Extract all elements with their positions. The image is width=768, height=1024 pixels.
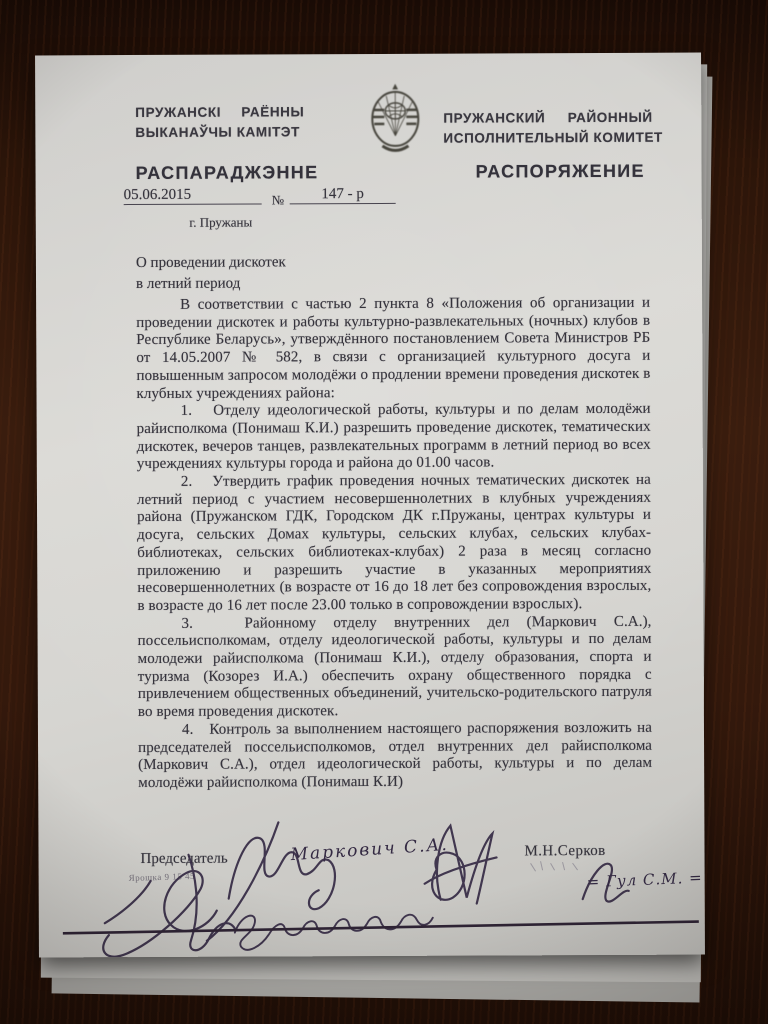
signer-name: М.Н.Серков: [524, 843, 605, 860]
number-field: 147 - р: [290, 186, 396, 204]
org-name-line: ВЫКАНАЎЧЫ КАМІТЭТ: [135, 122, 367, 143]
doc-type-russian: РАСПОРЯЖЕНИЕ: [476, 161, 645, 183]
signature-block: Председатель Ярошка 9 15 45 М.Н.Серков М…: [38, 813, 705, 958]
place-line: г. Пружаны: [146, 214, 296, 231]
org-name-belarusian: ПРУЖАНСКІ РАЁННЫ ВЫКАНАЎЧЫ КАМІТЭТ: [135, 102, 367, 143]
paragraph: 4. Контроль за выполнением настоящего ра…: [138, 720, 652, 793]
paragraph: В соответствии с частью 2 пункта 8 «Поло…: [136, 295, 650, 403]
number-sign: №: [272, 192, 284, 208]
subject-line: О проведении дискотек: [136, 252, 286, 274]
ink-rule-line: [63, 922, 699, 934]
photo-background: ПРУЖАНСКІ РАЁННЫ ВЫКАНАЎЧЫ КАМІТЭТ ПРУЖА…: [0, 0, 768, 1024]
state-emblem-icon: [362, 80, 428, 160]
paragraph: 1. Отделу идеологической работы, культур…: [137, 401, 651, 474]
signature-stroke: [206, 822, 335, 941]
org-name-line: ПРУЖАНСКІ РАЁННЫ: [135, 102, 367, 123]
signature-stroke: [103, 855, 235, 957]
subject-line: в летний период: [136, 273, 286, 295]
paragraph: 2. Утвердить график проведения ночных те…: [137, 472, 652, 616]
signature-stroke: [235, 915, 433, 950]
handwritten-note-gul: = Гул С.М. =: [586, 869, 703, 892]
document-body: В соответствии с частью 2 пункта 8 «Поло…: [136, 295, 652, 793]
org-name-russian: ПРУЖАНСКИЙ РАЙОННЫЙ ИСПОЛНИТЕЛЬНЫЙ КОМИТ…: [443, 108, 665, 149]
subject: О проведении дискотек в летний период: [136, 252, 286, 295]
org-name-line: ПРУЖАНСКИЙ РАЙОННЫЙ: [443, 108, 665, 129]
pencil-note: Ярошка 9 15 45: [128, 871, 195, 883]
faint-imprint-marks: [531, 861, 578, 871]
date-field: 05.06.2015: [124, 186, 262, 205]
paragraph: 3. Районному отделу внутренних дел (Марк…: [137, 613, 651, 721]
signer-title: Председатель: [141, 851, 228, 868]
handwritten-name-markovich: Маркович С.А.: [290, 835, 449, 865]
doc-type-belarusian: РАСПАРАДЖЭННЕ: [136, 162, 319, 184]
org-name-line: ИСПОЛНИТЕЛЬНЫЙ КОМИТЕТ: [443, 128, 665, 149]
document-paper: ПРУЖАНСКІ РАЁННЫ ВЫКАНАЎЧЫ КАМІТЭТ ПРУЖА…: [35, 53, 705, 958]
